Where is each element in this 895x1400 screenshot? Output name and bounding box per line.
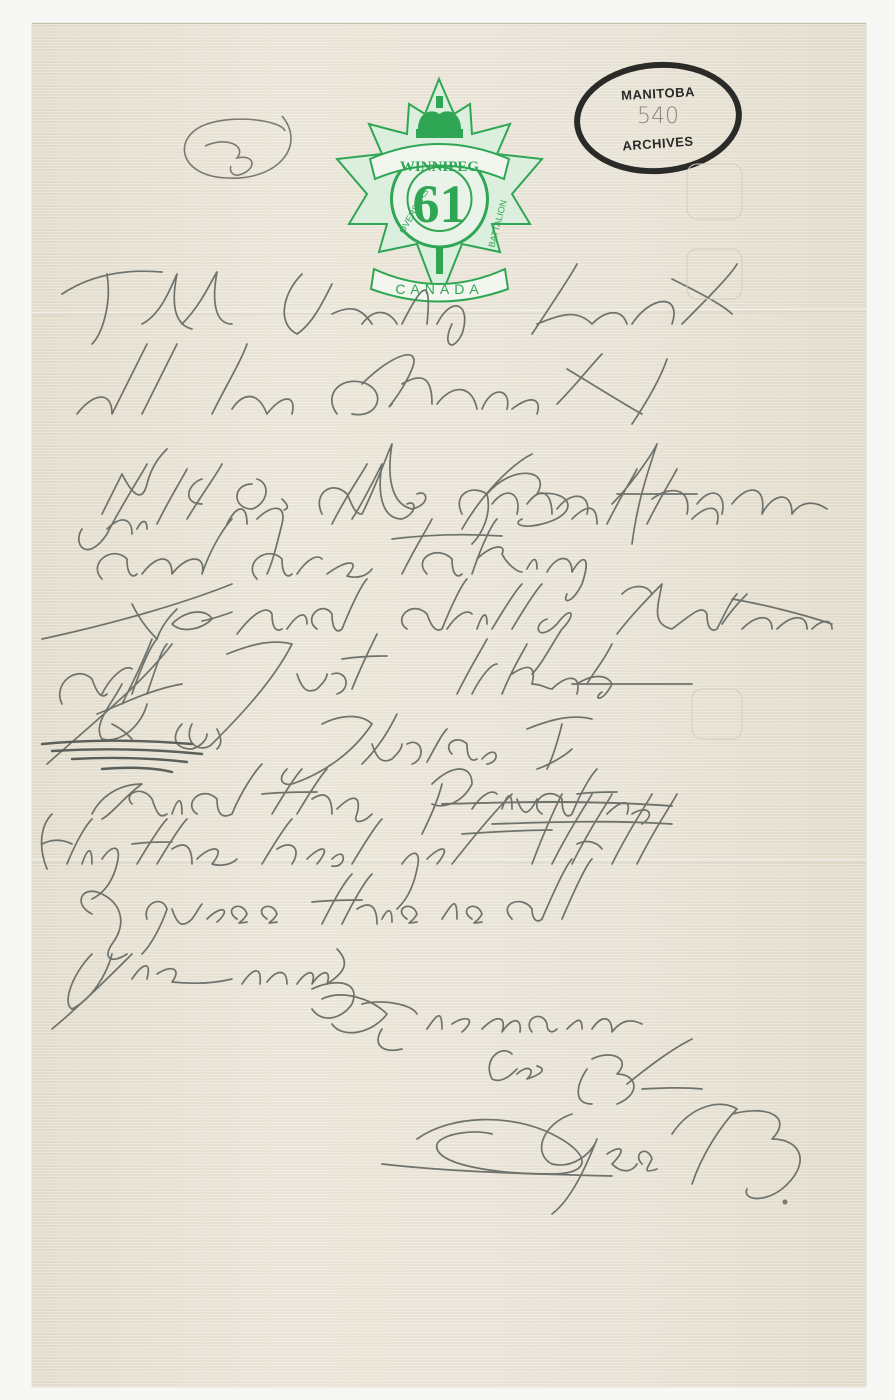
letter-page: 3 WINNIPEG 61 OVERSEAS BATTALION bbox=[32, 23, 866, 1387]
transcription-body: Tell Charlie that all the Officers & N.C… bbox=[92, 274, 895, 325]
body-line: N.C.O.s are gone from bbox=[865, 274, 895, 325]
body-line: all the Officers & bbox=[467, 274, 850, 325]
pencil-handwriting-strokes bbox=[32, 24, 866, 1387]
body-line: Tell Charlie that bbox=[92, 274, 453, 325]
handwritten-body: Tell Charlie that all the Officers & N.C… bbox=[32, 24, 866, 1387]
